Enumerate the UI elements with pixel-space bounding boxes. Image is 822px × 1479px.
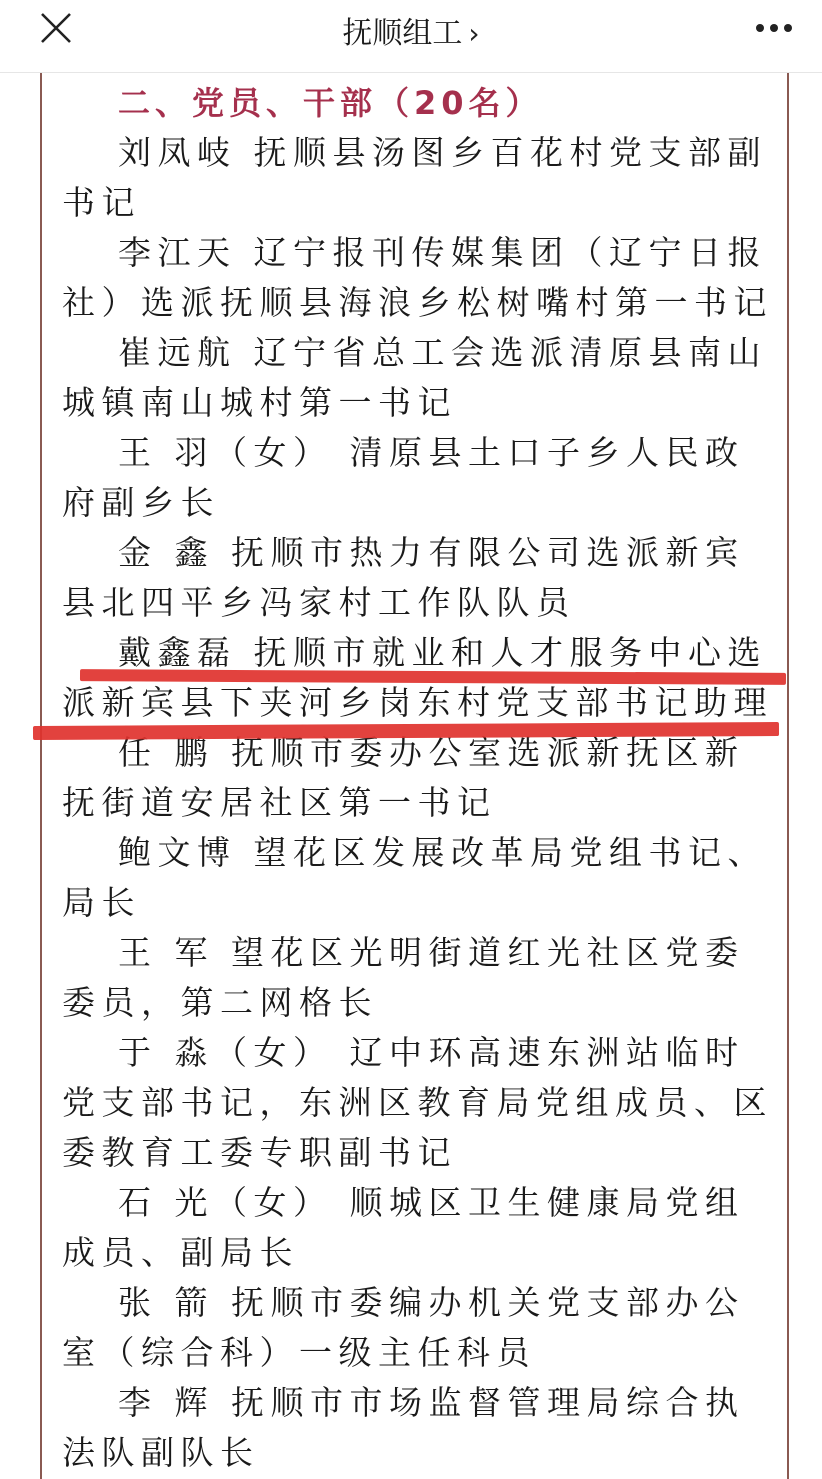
- text-line: 刘凤岐 抚顺县汤图乡百花村党支部副: [62, 128, 762, 178]
- text-line: 党支部书记，东洲区教育局党组成员、区: [62, 1078, 762, 1128]
- top-bar: 抚顺组工›: [0, 0, 822, 73]
- text-line: 社）选派抚顺县海浪乡松树嘴村第一书记: [62, 278, 762, 328]
- account-title-link[interactable]: 抚顺组工›: [0, 8, 822, 52]
- more-icon-dot: [770, 24, 778, 32]
- account-title: 抚顺组工: [342, 16, 462, 51]
- text-line: 成员、副局长: [62, 1228, 762, 1278]
- text-line: 王 羽（女） 清原县土口子乡人民政: [62, 428, 762, 478]
- text-line: 城镇南山城村第一书记: [62, 378, 762, 428]
- text-line: 鲍文博 望花区发展改革局党组书记、: [62, 828, 762, 878]
- text-line: 于 淼（女） 辽中环高速东洲站临时: [62, 1028, 762, 1078]
- text-line: 王 军 望花区光明街道红光社区党委: [62, 928, 762, 978]
- text-line: 张 箭 抚顺市委编办机关党支部办公: [62, 1278, 762, 1328]
- text-line: 崔远航 辽宁省总工会选派清原县南山: [62, 328, 762, 378]
- text-line: 县北四平乡冯家村工作队队员: [62, 578, 762, 628]
- chevron-right-icon: ›: [468, 17, 479, 50]
- text-line: 法队副队长: [62, 1428, 762, 1478]
- more-button[interactable]: [756, 24, 792, 32]
- text-line: 石 光（女） 顺城区卫生健康局党组: [62, 1178, 762, 1228]
- text-line: 金 鑫 抚顺市热力有限公司选派新宾: [62, 528, 762, 578]
- section-heading: 二、党员、干部（20名）: [62, 78, 762, 128]
- text-line: 抚街道安居社区第一书记: [62, 778, 762, 828]
- text-line: 室（综合科）一级主任科员: [62, 1328, 762, 1378]
- text-line: 李 辉 抚顺市市场监督管理局综合执: [62, 1378, 762, 1428]
- text-line: 局长: [62, 878, 762, 928]
- text-line: 李江天 辽宁报刊传媒集团（辽宁日报: [62, 228, 762, 278]
- article-content: 二、党员、干部（20名） 刘凤岐 抚顺县汤图乡百花村党支部副 书记 李江天 辽宁…: [62, 78, 762, 1478]
- text-line: 委员，第二网格长: [62, 978, 762, 1028]
- more-icon: [756, 24, 764, 32]
- more-icon-dot: [784, 24, 792, 32]
- text-line: 府副乡长: [62, 478, 762, 528]
- text-line-highlighted: 派新宾县下夹河乡岗东村党支部书记助理: [62, 678, 762, 728]
- text-line: 书记: [62, 178, 762, 228]
- text-line: 委教育工委专职副书记: [62, 1128, 762, 1178]
